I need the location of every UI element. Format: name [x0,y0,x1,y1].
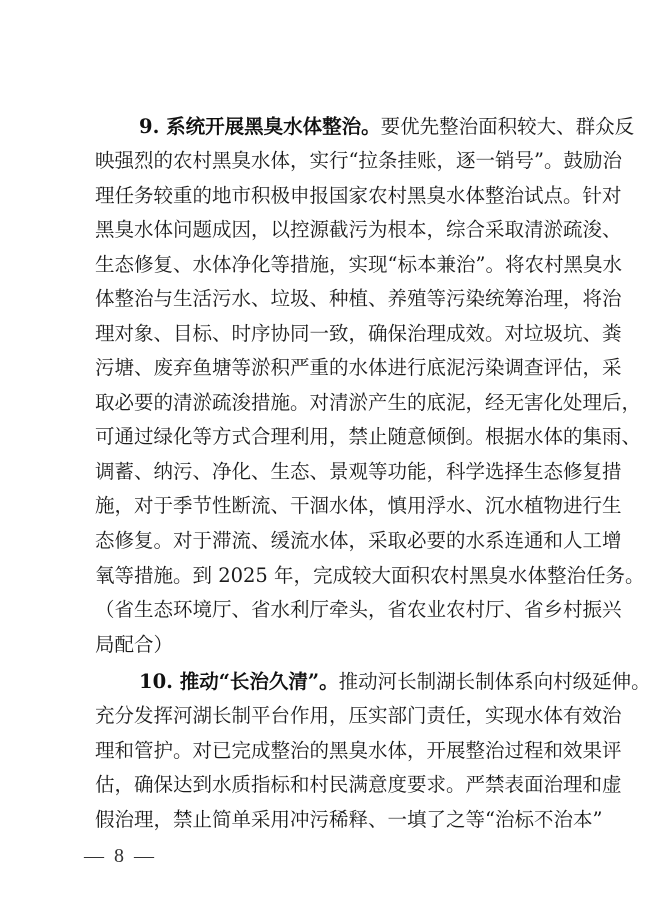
section-9-line-2: 理任务较重的地市积极申报国家农村黑臭水体整治试点。针对 [95,181,563,211]
section-10-heading: 10. 推动“长治久清”。 [139,670,339,693]
section-9-line-7: 污塘、废弃鱼塘等淤积严重的水体进行底泥污染调查评估，采 [95,353,563,383]
section-9-line-12: 态修复。对于滞流、缓流水体，采取必要的水系连通和人工增 [95,526,563,556]
section-9-line-14: （省生态环境厅、省水利厅牵头，省农业农村厅、省乡村振兴 [95,595,563,625]
section-10-line-4: 假治理，禁止简单采用冲污稀释、一填了之等“治标不治本” [95,805,563,835]
section-9-heading: 9. 系统开展黑臭水体整治。 [139,115,381,138]
section-10-line-3: 估，确保达到水质指标和村民满意度要求。严禁表面治理和虚 [95,770,563,800]
section-9-line-9: 可通过绿化等方式合理利用，禁止随意倾倒。根据水体的集雨、 [95,422,563,452]
section-10-line-0: 10. 推动“长治久清”。推动河长制湖长制体系向村级延伸。 [139,667,563,697]
section-9-line-5: 体整治与生活污水、垃圾、种植、养殖等污染统筹治理，将治 [95,284,563,314]
document-page: 9. 系统开展黑臭水体整治。要优先整治面积较大、群众反 映强烈的农村黑臭水体，实… [0,0,650,919]
section-9-text: 要优先整治面积较大、群众反 [381,115,635,138]
section-9-line-8: 取必要的清淤疏浚措施。对清淤产生的底泥，经无害化处理后， [95,388,563,418]
section-9-line-1: 映强烈的农村黑臭水体，实行“拉条挂账，逐一销号”。鼓励治 [95,146,563,176]
section-10-text: 推动河长制湖长制体系向村级延伸。 [339,670,650,693]
page-number: — 8 — [84,842,154,870]
section-9-line-3: 黑臭水体问题成因，以控源截污为根本，综合采取清淤疏浚、 [95,215,563,245]
section-9-line-15: 局配合） [95,630,563,660]
section-10-line-2: 理和管护。对已完成整治的黑臭水体，开展整治过程和效果评 [95,736,563,766]
section-9-line-13: 氧等措施。到 2025 年，完成较大面积农村黑臭水体整治任务。 [95,561,563,591]
section-9-line-11: 施，对于季节性断流、干涸水体，慎用浮水、沉水植物进行生 [95,491,563,521]
section-9-line-0: 9. 系统开展黑臭水体整治。要优先整治面积较大、群众反 [139,112,563,142]
section-10-line-1: 充分发挥河湖长制平台作用，压实部门责任，实现水体有效治 [95,701,563,731]
section-9-line-10: 调蓄、纳污、净化、生态、景观等功能，科学选择生态修复措 [95,457,563,487]
section-9-line-6: 理对象、目标、时序协同一致，确保治理成效。对垃圾坑、粪 [95,319,563,349]
section-9-line-4: 生态修复、水体净化等措施，实现“标本兼治”。将农村黑臭水 [95,250,563,280]
